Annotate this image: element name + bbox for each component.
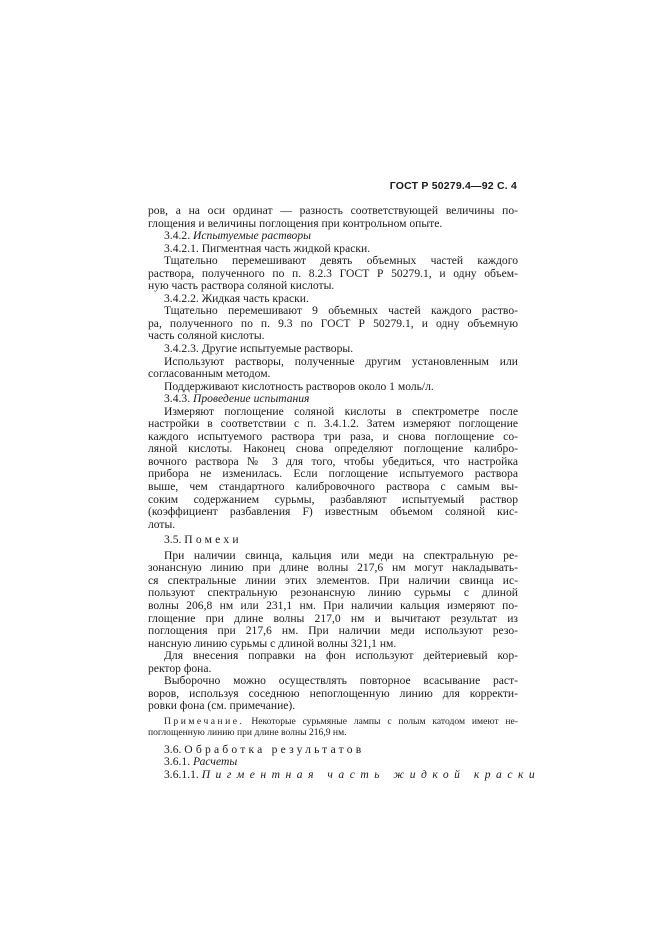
text-line: (коэффициент разбавления F) известным об…	[148, 506, 518, 519]
document-page: ГОСТ Р 50279.4—92 С. 4 ров, а на оси орд…	[0, 0, 661, 935]
text-line: согласованным методом.	[148, 368, 518, 381]
text-line: настройки в соответствии с п. 3.4.1.2. З…	[148, 418, 518, 431]
note-line: поглощенную линию при длине волны 216,9 …	[148, 727, 518, 738]
text-line: ровки фона (см. примечание).	[148, 700, 518, 713]
text-line: зонансную линию при длине волны 217,6 нм…	[148, 562, 518, 575]
note-block: Примечание. Некоторые сурьмяные лампы с …	[148, 716, 518, 738]
section-heading-3-6-1-1: 3.6.1.1. Пигментная часть жидкой краски	[148, 769, 518, 782]
text-line: волны 206,8 нм или 231,1 нм. При наличии…	[148, 600, 518, 613]
text-line: Для внесения поправки на фон используют …	[148, 650, 518, 663]
text-line: Выборочно можно осуществлять повторное в…	[148, 675, 518, 688]
note-line: Примечание. Некоторые сурьмяные лампы с …	[148, 716, 518, 727]
page-header: ГОСТ Р 50279.4—92 С. 4	[390, 180, 517, 192]
text-line: ров, а на оси ординат — разность соответ…	[148, 205, 518, 218]
text-line: лоты.	[148, 519, 518, 532]
text-line: выше, чем стандартного калибровочного ра…	[148, 481, 518, 494]
section-heading-3-5: 3.5. Помехи	[148, 534, 518, 547]
note-label: Примечание.	[164, 716, 244, 727]
text-line: поглощения при 217,6 нм. При наличии мед…	[148, 625, 518, 638]
document-body: ров, а на оси ординат — разность соответ…	[148, 205, 518, 782]
section-heading-3-4-3: 3.4.3. Проведение испытания	[148, 393, 518, 406]
text-line: Тщательно перемешивают девять объемных ч…	[148, 255, 518, 268]
subsection-3-4-2-3: 3.4.2.3. Другие испытуемые растворы.	[148, 343, 518, 356]
